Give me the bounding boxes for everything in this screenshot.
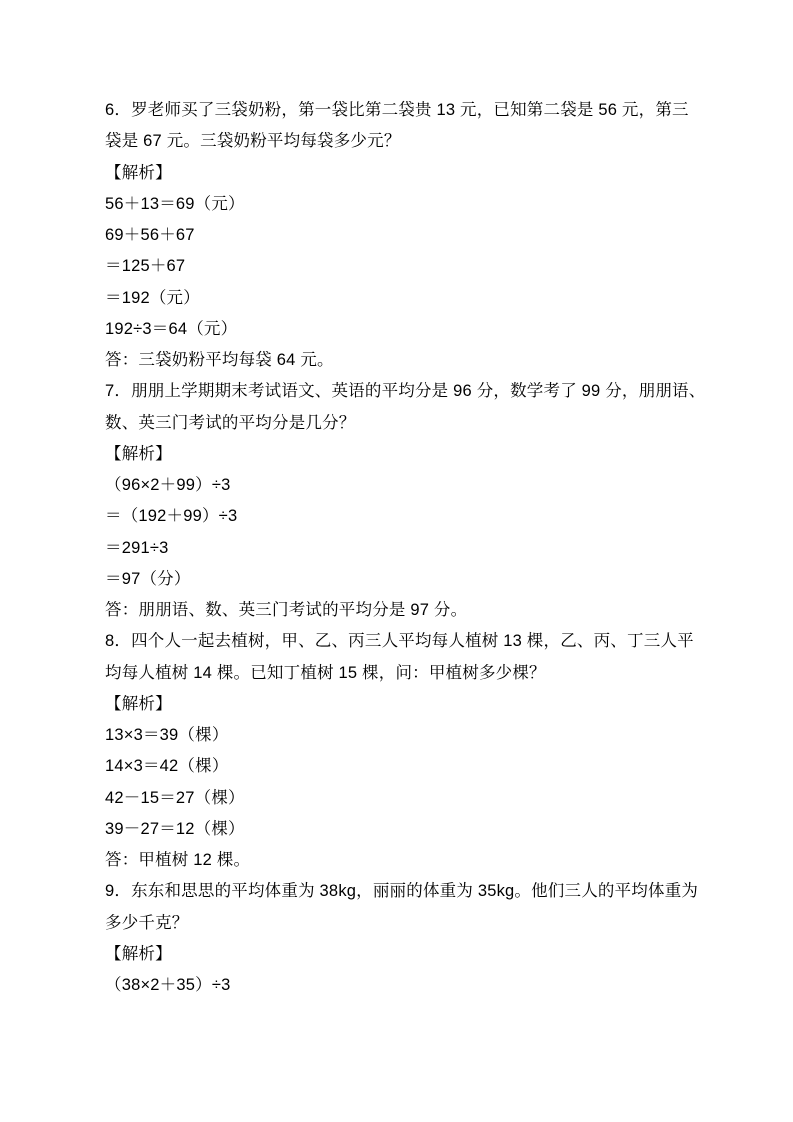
problem-6: 6．罗老师买了三袋奶粉，第一袋比第二袋贵 13 元，已知第二袋是 56 元，第三… [105, 95, 691, 376]
problem-6-answer-line: 答：三袋奶粉平均每袋 64 元。 [105, 345, 691, 376]
problem-8-question-line-2: 均每人植树 14 棵。已知丁植树 15 棵，问：甲植树多少棵？ [105, 658, 691, 689]
problem-7-question-line-2: 数、英三门考试的平均分是几分？ [105, 408, 691, 439]
problem-7-analysis-label: 【解析】 [105, 439, 691, 470]
problem-8-solution-line-2: 14×3＝42（棵） [105, 751, 691, 782]
problem-8: 8．四个人一起去植树，甲、乙、丙三人平均每人植树 13 棵，乙、丙、丁三人平均每… [105, 626, 691, 876]
problem-8-solution-line-4: 39－27＝12（棵） [105, 814, 691, 845]
worksheet-content: 6．罗老师买了三袋奶粉，第一袋比第二袋贵 13 元，已知第二袋是 56 元，第三… [105, 95, 691, 1001]
problem-9-question-line-2: 多少千克？ [105, 908, 691, 939]
problem-7-solution-line-2: ＝（192＋99）÷3 [105, 501, 691, 532]
problem-8-solution-line-1: 13×3＝39（棵） [105, 720, 691, 751]
problem-9-question-line-1: 9．东东和思思的平均体重为 38kg，丽丽的体重为 35kg。他们三人的平均体重… [105, 876, 691, 907]
problem-6-solution-line-2: 69＋56＋67 [105, 220, 691, 251]
problem-9-solution-line-1: （38×2＋35）÷3 [105, 970, 691, 1001]
problem-9-analysis-label: 【解析】 [105, 939, 691, 970]
problem-6-solution-line-1: 56＋13＝69（元） [105, 189, 691, 220]
problem-6-question-line-2: 袋是 67 元。三袋奶粉平均每袋多少元？ [105, 126, 691, 157]
problem-8-question-line-1: 8．四个人一起去植树，甲、乙、丙三人平均每人植树 13 棵，乙、丙、丁三人平 [105, 626, 691, 657]
problem-9: 9．东东和思思的平均体重为 38kg，丽丽的体重为 35kg。他们三人的平均体重… [105, 876, 691, 1001]
problem-6-question-line-1: 6．罗老师买了三袋奶粉，第一袋比第二袋贵 13 元，已知第二袋是 56 元，第三 [105, 95, 691, 126]
worksheet-page: 6．罗老师买了三袋奶粉，第一袋比第二袋贵 13 元，已知第二袋是 56 元，第三… [0, 0, 793, 1122]
problem-6-solution-line-4: ＝192（元） [105, 283, 691, 314]
problem-7-solution-line-4: ＝97（分） [105, 564, 691, 595]
problem-8-analysis-label: 【解析】 [105, 689, 691, 720]
problem-6-analysis-label: 【解析】 [105, 158, 691, 189]
problem-6-solution-line-3: ＝125＋67 [105, 251, 691, 282]
problem-7: 7．朋朋上学期期末考试语文、英语的平均分是 96 分，数学考了 99 分，朋朋语… [105, 376, 691, 626]
problem-7-solution-line-3: ＝291÷3 [105, 533, 691, 564]
problem-8-answer-line: 答：甲植树 12 棵。 [105, 845, 691, 876]
problem-7-answer-line: 答：朋朋语、数、英三门考试的平均分是 97 分。 [105, 595, 691, 626]
problem-8-solution-line-3: 42－15＝27（棵） [105, 783, 691, 814]
problem-7-question-line-1: 7．朋朋上学期期末考试语文、英语的平均分是 96 分，数学考了 99 分，朋朋语… [105, 376, 691, 407]
problem-6-solution-line-5: 192÷3＝64（元） [105, 314, 691, 345]
problem-7-solution-line-1: （96×2＋99）÷3 [105, 470, 691, 501]
